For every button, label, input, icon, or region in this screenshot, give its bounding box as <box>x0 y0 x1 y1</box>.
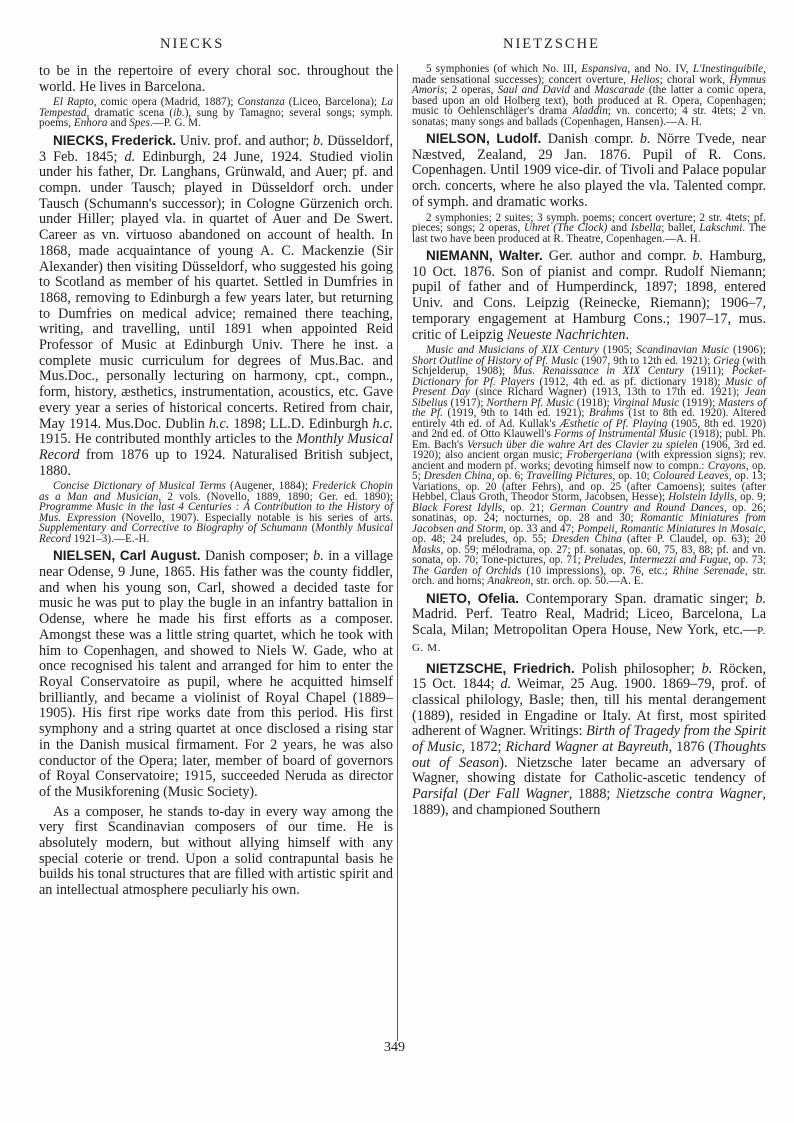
entry-paragraph: NIELSEN, Carl August. Danish composer; b… <box>39 548 393 800</box>
italic-title: Richard Wagner at Bayreuth <box>505 739 668 755</box>
text-run: in a village near Odense, 9 June, 1865. … <box>39 548 393 800</box>
text-run: , 1876 ( <box>669 739 714 755</box>
works-list-paragraph: Music and Musicians of XIX Century (1905… <box>412 345 766 587</box>
works-list-paragraph: Concise Dictionary of Musical Terms (Aug… <box>39 481 393 544</box>
text-run: ( <box>458 786 468 802</box>
italic-title: Neueste Nachrichten <box>507 327 626 343</box>
text-run: Danish composer; <box>201 548 314 564</box>
text-run: Danish compr. <box>541 131 639 147</box>
text-run: , 1872; <box>462 739 506 755</box>
works-list-paragraph: 5 symphonies (of which No. III, Espansiv… <box>412 64 766 127</box>
entry-paragraph: NIETO, Ofelia. Contemporary Span. dramat… <box>412 591 766 657</box>
text-run: to be in the repertoire of every choral … <box>39 63 393 95</box>
page-number: 349 <box>384 1040 405 1056</box>
italic-title: Der Fall Wagner <box>468 786 569 802</box>
italic-title: b. <box>313 133 324 149</box>
entry-headword: NIEMANN, Walter. <box>426 248 543 263</box>
text-run: 1915. He contributed monthly articles to… <box>39 431 296 447</box>
text-run: Polish philosopher; <box>575 661 702 677</box>
entry-paragraph: NIEMANN, Walter. Ger. author and compr. … <box>412 248 766 343</box>
entry-headword: NIELSON, Ludolf. <box>426 131 541 146</box>
entry-paragraph: NIETZSCHE, Friedrich. Polish philosopher… <box>412 661 766 819</box>
entry-paragraph: to be in the repertoire of every choral … <box>39 64 393 95</box>
text-run: . <box>626 327 630 343</box>
works-list-paragraph: El Rapto, comic opera (Madrid, 1887); Co… <box>39 97 393 129</box>
text-run: Madrid. Perf. Teatro Real, Madrid; Liceo… <box>412 606 766 638</box>
italic-title: b. <box>755 591 766 607</box>
italic-title: Parsifal <box>412 786 458 802</box>
left-column: to be in the repertoire of every choral … <box>39 64 393 899</box>
entry-headword: NIETO, Ofelia. <box>426 591 519 606</box>
text-run: 1921–3).—E.-H. <box>71 533 149 545</box>
text-run: , str. orch. op. 50.—A. E. <box>531 575 644 587</box>
column-divider <box>397 64 398 1041</box>
running-head-right: NIETZSCHE <box>503 36 600 53</box>
text-run: Contemporary Span. dramatic singer; <box>519 591 755 607</box>
italic-title: b. <box>313 548 324 564</box>
italic-title: d. <box>125 149 136 165</box>
entry-headword: NIECKS, Frederick. <box>53 133 176 148</box>
text-run: .—P. G. M. <box>150 117 201 129</box>
right-column: 5 symphonies (of which No. III, Espansiv… <box>412 64 766 819</box>
works-list-paragraph: 2 symphonies; 2 suites; 3 symph. poems; … <box>412 213 766 245</box>
entry-paragraph: As a composer, he stands to-day in every… <box>39 805 393 899</box>
italic-title: Rhine Serenade <box>673 565 745 577</box>
italic-title: Lakschmi <box>699 222 742 234</box>
italic-title: b. <box>702 661 713 677</box>
text-run: Edinburgh, 24 June, 1924. Studied violin… <box>39 149 393 432</box>
entry-headword: NIELSEN, Carl August. <box>53 548 201 563</box>
text-run: , 1888; <box>569 786 616 802</box>
italic-title: d. <box>501 676 512 692</box>
italic-title: h.c. <box>372 416 393 432</box>
text-run: Ger. author and compr. <box>543 248 693 264</box>
italic-title: b. <box>692 248 703 264</box>
text-run: and <box>107 117 129 129</box>
italic-title: Nietzsche contra Wagner <box>616 786 762 802</box>
italic-title: h.c. <box>209 416 230 432</box>
text-run: 1898; LL.D. Edinburgh <box>229 416 372 432</box>
entry-headword: NIETZSCHE, Friedrich. <box>426 661 575 676</box>
text-run: Univ. prof. and author; <box>176 133 313 149</box>
text-run: from 1876 up to 1924. Naturalised Britis… <box>39 447 393 479</box>
entry-paragraph: NIECKS, Frederick. Univ. prof. and autho… <box>39 133 393 479</box>
italic-title: Enhora <box>74 117 108 129</box>
running-head-left: NIECKS <box>160 36 224 53</box>
entry-paragraph: NIELSON, Ludolf. Danish compr. b. Nörre … <box>412 131 766 211</box>
italic-title: b. <box>640 131 651 147</box>
text-run: As a composer, he stands to-day in every… <box>39 804 393 899</box>
italic-title: Anakreon <box>487 575 530 587</box>
italic-title: Spes <box>129 117 150 129</box>
